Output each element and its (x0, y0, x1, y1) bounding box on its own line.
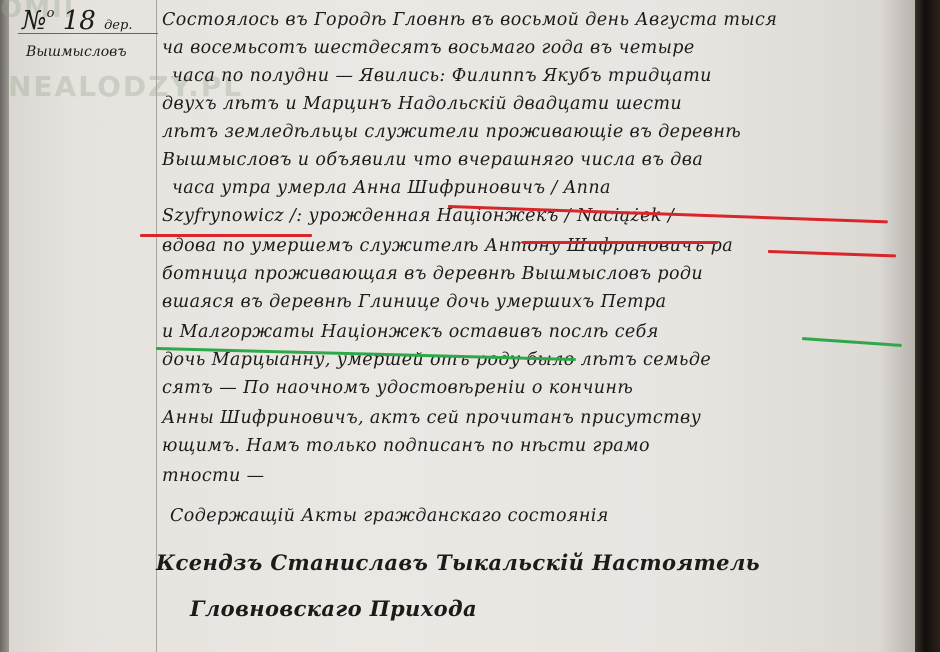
document-page: OMII NEALODZY.PL №o 18 дер. Вышмысловъ С… (0, 0, 915, 652)
text-line-15: Анны Шифриновичъ, актъ сей прочитанъ при… (162, 408, 701, 428)
text-line-10: ботница проживающая въ деревнѣ Вышмыслов… (162, 264, 703, 284)
green-underline-father (802, 337, 902, 347)
text-line-11: вшаяся въ деревнѣ Глинице дочь умершихъ … (162, 292, 666, 312)
text-line-16: ющимъ. Намъ только подписанъ по нѣсти гр… (162, 436, 650, 456)
text-line-4: двухъ лѣтъ и Марцинъ Надольскій двадцати… (162, 94, 682, 114)
margin-village: Вышмысловъ (26, 44, 127, 60)
entry-number-value: 18 (63, 6, 96, 36)
entry-number: №o 18 дер. (22, 6, 132, 36)
text-line-13: дочь Марцыанну, умершей отъ роду было лѣ… (162, 350, 711, 370)
book-binding (915, 0, 940, 652)
red-underline-szyfrynowicz (140, 234, 312, 237)
text-line-6: Вышмысловъ и объявили что вчерашняго чис… (162, 150, 703, 170)
text-line-5: лѣтъ земледѣльцы служители проживающіе в… (162, 122, 741, 142)
text-line-18: Содержащій Акты гражданскаго состоянія (170, 506, 609, 526)
text-line-1: Состоялось въ Городѣ Гловнѣ въ восьмой д… (162, 10, 777, 30)
text-line-7: часа утра умерла Анна Шифриновичъ / Anna (172, 178, 611, 198)
signature-priest: Ксендзъ Станиславъ Тыкальскій Настоятель (156, 550, 760, 575)
red-underline-maiden-name (522, 241, 718, 244)
text-line-3: часа по полудни — Явились: Филиппъ Якубъ… (172, 66, 712, 86)
text-line-17: тности — (162, 466, 265, 486)
text-line-2: ча восемьсотъ шестдесятъ восьмаго года в… (162, 38, 695, 58)
signature-parish: Гловновскаго Прихода (190, 596, 477, 621)
entry-prefix: № (22, 6, 47, 36)
text-line-9: вдова по умершемъ служителѣ Антону Шифри… (162, 236, 733, 256)
red-underline-naciazek (768, 250, 896, 257)
text-line-8: Szyfrynowicz /: урожденная Нацiонжекъ / … (162, 206, 674, 226)
text-line-12: и Малгоржаты Нацiонжекъ оставивъ послѣ с… (162, 322, 659, 342)
text-line-14: сятъ — По наочномъ удостовѣреніи о кончи… (162, 378, 633, 398)
entry-suffix: дер. (104, 18, 132, 33)
